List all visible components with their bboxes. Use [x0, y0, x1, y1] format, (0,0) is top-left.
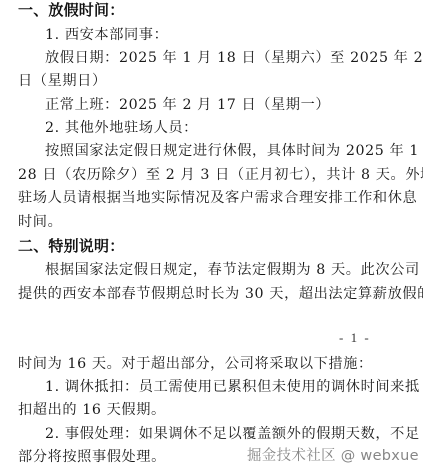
holiday-dates-line-cont: 日（星期日）: [18, 71, 107, 91]
notes-para-line: 时间为 16 天。对于超出部分，公司将采取以下措施：: [18, 354, 373, 374]
measure-leave-offset-cont: 扣超出的 16 天假期。: [18, 400, 166, 420]
section-heading-holiday-time: 一、放假时间：: [18, 0, 124, 20]
item-title-onsite-staff: 2. 其他外地驻场人员：: [45, 118, 198, 138]
section-heading-special-notes: 二、特别说明：: [18, 236, 124, 256]
page-number: - 1 -: [339, 330, 371, 346]
onsite-body-line: 28 日（农历除夕）至 2 月 3 日（正月初七），共计 8 天。外地: [18, 165, 423, 185]
onsite-body-line: 按照国家法定假日规定进行休假，具体时间为 2025 年 1 月: [45, 141, 423, 161]
item-title-xian-hq: 1. 西安本部同事：: [45, 25, 168, 45]
onsite-body-line: 驻场人员请根据当地实际情况及客户需求合理安排工作和休息: [18, 188, 417, 208]
notes-para-line: 提供的西安本部春节假期总时长为 30 天，超出法定算薪放假的: [18, 284, 423, 304]
return-to-work-line: 正常上班：2025 年 2 月 17 日（星期一）: [45, 95, 330, 115]
measure-personal-leave: 2. 事假处理：如果调休不足以覆盖额外的假期天数，不足: [45, 424, 420, 444]
notes-para-line: 根据国家法定假日规定，春节法定假期为 8 天。此次公司: [45, 260, 420, 280]
watermark: 掘金技术社区 @ webxue: [247, 444, 419, 465]
measure-leave-offset: 1. 调休抵扣：员工需使用已累积但未使用的调休时间来抵: [45, 377, 420, 397]
measure-personal-leave-cont: 部分将按照事假处理。: [18, 447, 166, 467]
onsite-body-line: 时间。: [18, 212, 62, 232]
holiday-dates-line: 放假日期：2025 年 1 月 18 日（星期六）至 2025 年 2 月 16: [45, 48, 423, 68]
